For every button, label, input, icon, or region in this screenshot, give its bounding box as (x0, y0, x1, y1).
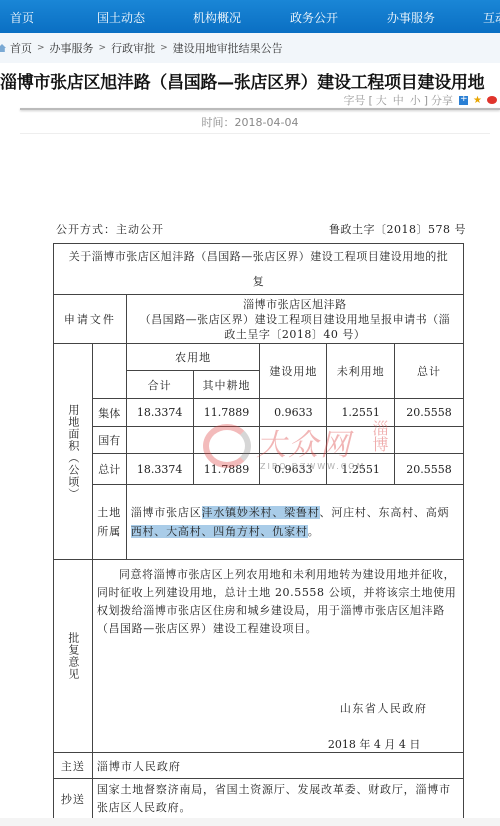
row-label-state: 国有 (92, 427, 126, 454)
share-label: 分享 (431, 92, 453, 108)
table-row: 国有 (54, 427, 464, 454)
col-arable: 其中耕地 (193, 371, 260, 399)
cc-recipients: 国家土地督察济南局，省国土资源厅、发展改革委、财政厅，淄博市张店区人民政府。 (92, 779, 463, 820)
application-line-1: 淄博市张店区旭沣路 (127, 297, 463, 312)
breadcrumb-separator: > (37, 43, 45, 53)
cell-value (260, 427, 327, 454)
opinion-label: 批复意见 (67, 626, 79, 686)
cell-value: 20.5558 (395, 399, 464, 427)
breadcrumb-services[interactable]: 办事服务 (50, 40, 94, 56)
ownership-label-line-2: 所属 (93, 522, 126, 541)
breadcrumb-current[interactable]: 建设用地审批结果公告 (173, 40, 283, 56)
ownership-label: 土地 所属 (92, 485, 126, 560)
ownership-text: 淄博市张店区沣水镇妙米村、梁鲁村、河庄村、东高村、高炳西村、大高村、四角方村、仇… (126, 485, 463, 560)
cell-value: 11.7889 (193, 454, 260, 485)
weibo-icon[interactable] (487, 96, 497, 104)
font-size-small[interactable]: 小 (410, 92, 421, 108)
article-tools: 字号 [ 大 中 小 ] 分享 ★ (343, 92, 500, 108)
cell-value: 0.9633 (260, 454, 327, 485)
row-label-collective: 集体 (92, 399, 126, 427)
font-size-medium[interactable]: 中 (393, 92, 404, 108)
font-size-label: 字号 (343, 92, 365, 108)
application-label: 申请文件 (54, 295, 127, 344)
document-heading: 关于淄博市张店区旭沣路（昌国路—张店区界）建设工程项目建设用地的批 复 (54, 244, 464, 295)
col-subtotal: 合计 (126, 371, 193, 399)
document-number: 鲁政土字〔2018〕578 号 (329, 221, 466, 237)
favorite-star-icon[interactable]: ★ (473, 95, 482, 106)
opinion-label-cell: 批复意见 (54, 560, 93, 753)
cell-value (395, 427, 464, 454)
time-divider (20, 133, 490, 134)
cell-value (193, 427, 260, 454)
article-title: 淄博市张店区旭沣路（昌国路—张店区界）建设工程项目建设用地 (0, 68, 500, 93)
nav-government-affairs[interactable]: 政务公开 (290, 9, 338, 26)
cell-value: 1.2551 (327, 399, 395, 427)
disclosure-method: 公开方式：主动公开 (56, 221, 164, 237)
ownership-middle: 、河庄村、东高村、高炳 (320, 506, 450, 519)
breadcrumb-separator: > (160, 43, 168, 53)
application-document: 淄博市张店区旭沣路 （昌国路—张店区界）建设工程项目建设用地呈报申请书（淄 政土… (126, 295, 463, 344)
signer: 山东省人民政府 (340, 700, 428, 716)
col-construction: 建设用地 (260, 344, 327, 399)
nav-home[interactable]: 首页 (10, 9, 34, 26)
cc-label: 抄送 (54, 779, 93, 820)
opinion-cell: 同意将淄博市张店区上列农用地和未利用地转为建设用地并征收，同时征收上列建设用地，… (92, 560, 463, 753)
heading-line-2: 复 (54, 269, 463, 294)
opinion-text: 同意将淄博市张店区上列农用地和未利用地转为建设用地并征收，同时征收上列建设用地，… (97, 566, 459, 638)
table-row: 总计 18.3374 11.7889 0.9633 1.2551 20.5558 (54, 454, 464, 485)
home-icon (0, 44, 6, 52)
breadcrumb-home[interactable]: 首页 (10, 40, 32, 56)
breadcrumb: 首页 > 办事服务 > 行政审批 > 建设用地审批结果公告 (0, 33, 500, 63)
top-navigation: 首页 国土动态 机构概况 政务公开 办事服务 互动 (0, 0, 500, 33)
nav-interaction[interactable]: 互动 (483, 9, 500, 26)
cell-value (126, 427, 193, 454)
main-recipient: 淄博市人民政府 (92, 753, 463, 779)
share-plus-icon[interactable] (459, 96, 468, 105)
ownership-suffix: 。 (308, 525, 320, 538)
ownership-highlight: 沣水镇妙米村、梁鲁村 (202, 506, 320, 519)
nav-organization[interactable]: 机构概况 (193, 9, 241, 26)
cell-value: 18.3374 (126, 399, 193, 427)
col-farmland: 农用地 (126, 344, 260, 371)
area-label-cell: 用地面积（公顷） (54, 344, 93, 560)
title-divider (20, 108, 500, 110)
cell-value: 0.9633 (260, 399, 327, 427)
nav-land-news[interactable]: 国土动态 (97, 9, 145, 26)
heading-line-1: 关于淄博市张店区旭沣路（昌国路—张店区界）建设工程项目建设用地的批 (54, 244, 463, 269)
ownership-highlight: 西村、大高村、四角方村、仇家村 (131, 525, 308, 538)
empty-header-cell (92, 344, 126, 399)
ownership-label-line-1: 土地 (93, 503, 126, 522)
cell-value: 11.7889 (193, 399, 260, 427)
cell-value: 18.3374 (126, 454, 193, 485)
main-recipient-label: 主送 (54, 753, 93, 779)
cell-value: 1.2551 (327, 454, 395, 485)
nav-services[interactable]: 办事服务 (387, 9, 435, 26)
approval-document-table: 关于淄博市张店区旭沣路（昌国路—张店区界）建设工程项目建设用地的批 复 申请文件… (53, 243, 464, 820)
publish-time: 时间：2018-04-04 (0, 114, 500, 130)
breadcrumb-admin-approval[interactable]: 行政审批 (111, 40, 155, 56)
cell-value: 20.5558 (395, 454, 464, 485)
application-line-2: （昌国路—张店区界）建设工程项目建设用地呈报申请书（淄 (127, 312, 463, 327)
breadcrumb-separator: > (99, 43, 107, 53)
col-unused: 未利用地 (327, 344, 395, 399)
cell-value (327, 427, 395, 454)
bracket-open: [ (368, 94, 372, 107)
table-row: 集体 18.3374 11.7889 0.9633 1.2551 20.5558 (54, 399, 464, 427)
bottom-bar (0, 818, 500, 826)
col-total: 总计 (395, 344, 464, 399)
font-size-large[interactable]: 大 (376, 92, 387, 108)
area-label: 用地面积（公顷） (67, 372, 79, 532)
sign-date: 2018 年 4 月 4 日 (328, 736, 420, 752)
ownership-prefix: 淄博市张店区 (131, 506, 202, 519)
bracket-close: ] (424, 94, 428, 107)
row-label-total: 总计 (92, 454, 126, 485)
application-line-3: 政土呈字〔2018〕40 号） (127, 327, 463, 342)
